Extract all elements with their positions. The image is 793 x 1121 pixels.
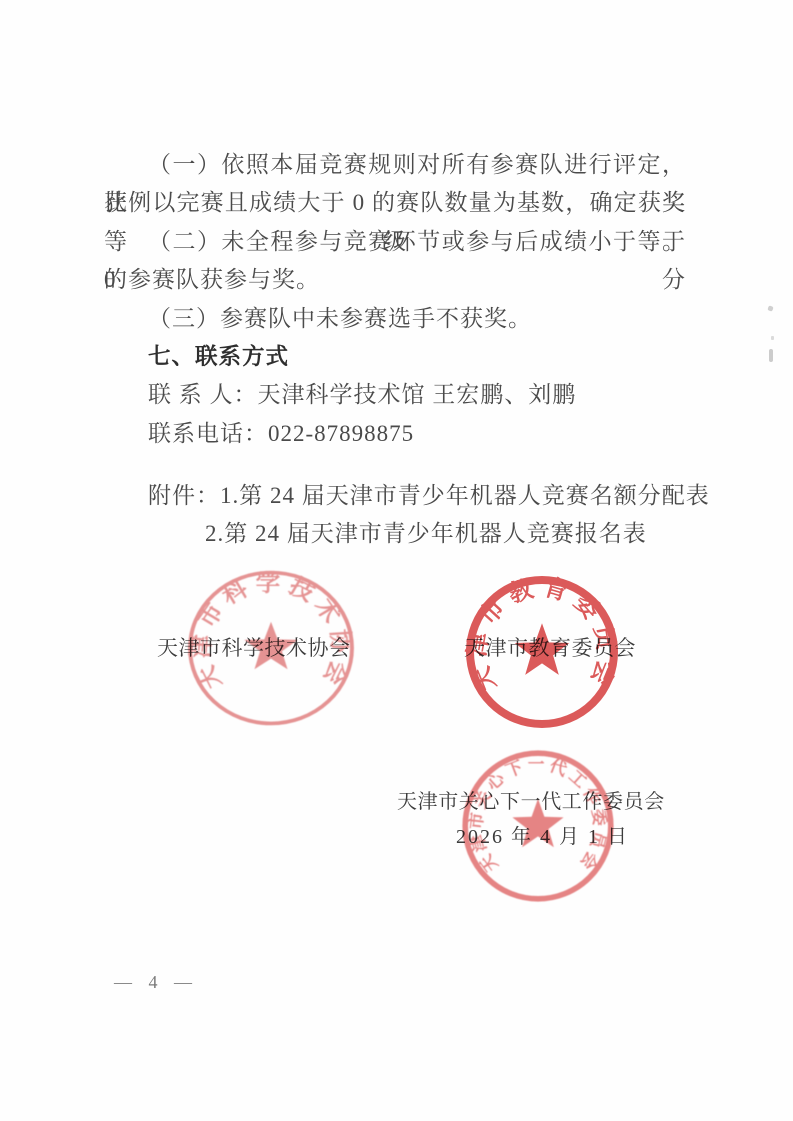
attachment-line-2: 2.第 24 届天津市青少年机器人竞赛报名表 (148, 515, 708, 553)
attachment-line-1: 附件：1.第 24 届天津市青少年机器人竞赛名额分配表 (148, 477, 708, 515)
paragraph-2-line-1: （二）未全程参与竞赛环节或参与后成绩小于等于 0 分 (104, 223, 686, 261)
scan-artifact (771, 336, 774, 340)
official-seal-science-association-icon: 天津市科学技术协会 (183, 566, 359, 730)
section-heading-contact: 七、联系方式 (104, 338, 686, 376)
paragraph-1-line-2: 比例以完赛且成绩大于 0 的赛队数量为基数，确定获奖等级。 (104, 184, 686, 222)
official-seal-education-commission-icon: 天津市教育委员会 (462, 572, 622, 732)
scan-artifact (769, 349, 773, 362)
attachment-item-1: 1.第 24 届天津市青少年机器人竞赛名额分配表 (220, 483, 710, 508)
seal-star-icon (515, 623, 569, 675)
seal-star-icon (512, 799, 563, 847)
scan-artifact (767, 305, 773, 311)
attachment-label: 附件： (148, 483, 220, 508)
page-number: — 4 — (114, 972, 198, 993)
scanned-document-page: （一）依照本届竞赛规则对所有参赛队进行评定，获奖 比例以完赛且成绩大于 0 的赛… (0, 0, 793, 1121)
contact-person-line: 联 系 人：天津科学技术馆 王宏鹏、刘鹏 (104, 376, 686, 414)
attachments-block: 附件：1.第 24 届天津市青少年机器人竞赛名额分配表 2.第 24 届天津市青… (148, 477, 708, 554)
paragraph-3: （三）参赛队中未参赛选手不获奖。 (104, 300, 686, 338)
contact-phone-line: 联系电话：022-87898875 (104, 415, 686, 453)
seal-star-icon (244, 622, 298, 669)
official-seal-next-generation-committee-icon: 天津市关心下一代工作委员会 (458, 746, 618, 906)
attachment-item-2: 2.第 24 届天津市青少年机器人竞赛报名表 (205, 521, 647, 546)
document-body: （一）依照本届竞赛规则对所有参赛队进行评定，获奖 比例以完赛且成绩大于 0 的赛… (104, 146, 686, 453)
paragraph-1-line-1: （一）依照本届竞赛规则对所有参赛队进行评定，获奖 (104, 146, 686, 184)
